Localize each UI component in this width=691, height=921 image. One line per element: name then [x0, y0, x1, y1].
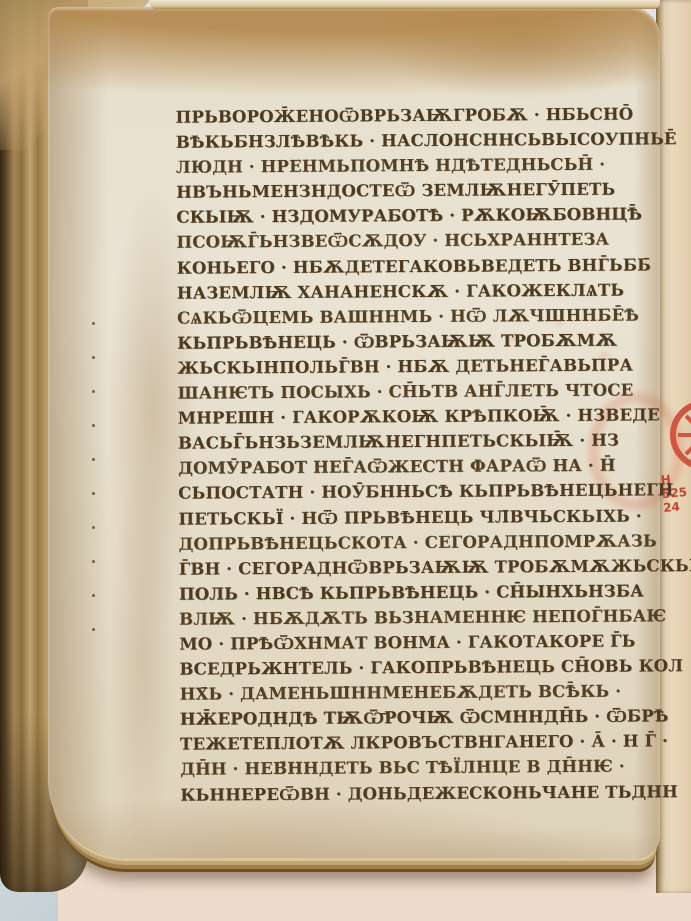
manuscript-line: ДОПРЬВѢНЕЦЬСКОТА · СЕГОРАДНПОМРѪАЗЬ	[179, 528, 661, 556]
manuscript-line: ЛЮДН · НРЕНМЬПОМНѢ НДѢТЕДНЬСЬН̄ ·	[176, 152, 658, 180]
top-page-edge	[150, 0, 660, 9]
manuscript-line: НХ̄Ь · ДАМЕНЬШ̄ННМЕНЕБѪДЕТЬ ВСѢ̄КЬ ·	[180, 678, 662, 706]
manuscript-line: ДН̄Н · НЕВ̄ННДЕТЬ ВЬС ТѢЇЛНЦЕ В ДН̄НѤ ·	[180, 754, 662, 782]
manuscript-line: НВЪНЬМЕНЗНДОСТЕѾ ЗЕМЛѬНЕГӮПЕТЬ	[176, 177, 658, 205]
manuscript-line: МО · ПРѢѾХНМАТ ВОНМА · ГАКОТАКОРЕ Г̄Ь	[179, 628, 661, 656]
manuscript-line: ВАСЬГ̄ЬНЗЬЗЕМЛѬНЕГНПЕТЬСКЬІѬ̄ · НЗ	[178, 428, 660, 456]
manuscript-line: КЬПРЬВѢНЕЦЬ · ѾВРЬЗАѬѬ ТРОБѪМѪ	[177, 327, 659, 355]
manuscript-line: ТЕЖЕТЕПЛОТѪ ЛКРОВЪСТВНГАНЕГО · А̄ · Н Г̄…	[180, 729, 662, 757]
parchment-page: ПРЬВОРОЖ̄ЕНОѾВРЬЗАѬГРОБѪ · НБЬСНО̄ ВѢКЬБ…	[48, 7, 660, 858]
manuscript-line: ЖЬСКЬІНПОЛЬГ̄ВН · НБѪ ДЕТЬНЕГ̄АВЬПРА	[177, 352, 659, 380]
manuscript-line: ПСОѬГ̄ЬНЗВЕѾСѪДОУ · НСЬХРАННТЕЗА	[176, 227, 658, 255]
manuscript-line: СКЬІѬ · НЗДОМУРАБОТѢ · РѪКОѬБОВНЦѢ̄	[176, 202, 658, 230]
manuscript-line: ВѢКЬБНЗЛѢВѢКЬ · НАСЛОНСННСЬВЬІСОУПНЬЕ̄	[176, 126, 658, 154]
book-cushion	[58, 848, 691, 921]
manuscript-photo: Н 525 24 ПРЬВОРОЖ̄ЕНОѾВРЬЗАѬГРОБѪ · НБЬС…	[0, 0, 691, 921]
shelfmark-line-3: 24	[663, 500, 681, 515]
manuscript-line: ПОЛЬ · НВСѢ КЬПРЬВѢНЕЦЬ · СН̄ЫНХЬНЗБА	[179, 578, 661, 606]
manuscript-line: ВЛѬ · НБѪДѪТЬ ВЬЗНАМЕННѤ НЕПОГ̄НБАѤ	[179, 603, 661, 631]
manuscript-line: НАЗЕМЛѬ ХАНАНЕНСКѪ · ГАКОЖЕКЛѦТЬ	[177, 277, 659, 305]
manuscript-line: СЬПОСТАТН · НОӮБННЬСѢ КЬПРЬВѢНЕЦЬНЕГН	[178, 478, 660, 506]
manuscript-line: ВСЕДРЬЖНТЕЛЬ · ГАКОПРЬВѢНЕЦЬ СН̄ОВЬ КОЛ	[179, 653, 661, 681]
manuscript-line: КОНЬЕГО · НБѪДЕТЕГАКОВЬВЕДЕТЬ ВНГ̄ЬБЬ̄	[177, 252, 659, 280]
manuscript-line: Г̄ВН · СЕГОРАДНѾВРЬЗАѬѬ ТРОБѪМѪЖЬСКЬІ	[179, 553, 661, 581]
text-block: ПРЬВОРОЖ̄ЕНОѾВРЬЗАѬГРОБѪ · НБЬСНО̄ ВѢКЬБ…	[176, 101, 663, 807]
manuscript-line: НЖ̄ЕРОДНДѢ ТѬѾ̄РОЧѬ ѾСМННДН̄Ь · ѾБРѢ	[180, 704, 662, 732]
manuscript-line: СѦКЬѾЦЕМЬ ВАШННМЬ · НѾ ЛѪЧШННБЕ̄Ѣ	[177, 302, 659, 330]
sewing-prick-holes	[92, 322, 96, 662]
manuscript-line: КЬННЕРЕѾВН · ДОНЬДЕЖЕСКОНЬЧАНЕ ТЬДНН	[180, 779, 662, 807]
manuscript-line: ШАНѤТЬ ПОСЫХЬ · СН̄ЬТВ АНГ̄ЛЕТЬ ЧТОСЕ	[177, 377, 659, 405]
manuscript-line: ПЕТЬСКЬЇ · НѾ ПРЬВѢНЕЦЬ ЧЛ̄ВЧЬСКЬІХЬ ·	[178, 503, 660, 531]
manuscript-line: МНРЕШН · ГАКОРѪКОѬ КРѢПКОѬ̄ · НЗВЕДЕ	[178, 402, 660, 430]
manuscript-line: ПРЬВОРОЖ̄ЕНОѾВРЬЗАѬГРОБѪ · НБЬСНО̄	[176, 101, 658, 129]
manuscript-line: ДОМӮРАБОТ НЕГ̄АѾЖЕСТН ФАРАѾ НА · Н̄	[178, 453, 660, 481]
